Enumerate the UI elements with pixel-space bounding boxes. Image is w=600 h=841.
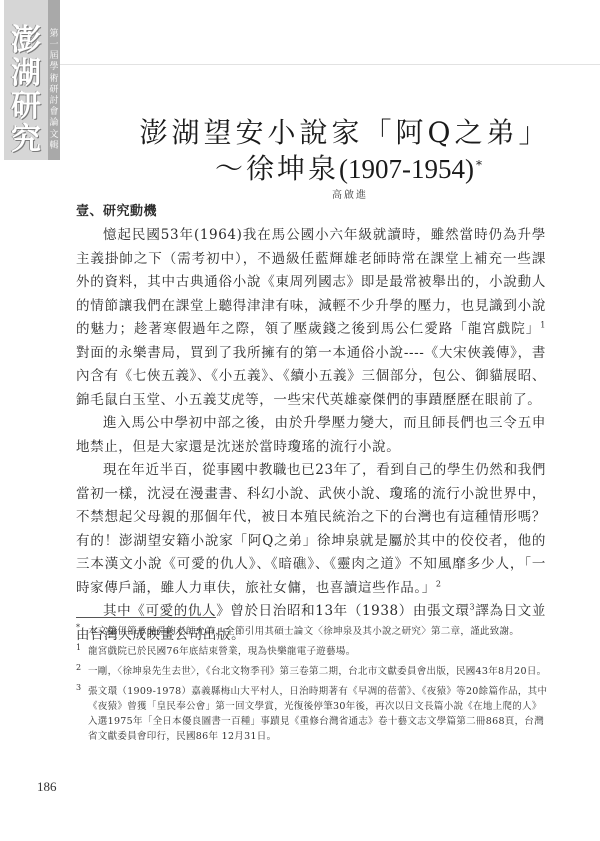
paragraph-text: 憶起民國53年(1964)我在馬公國小六年級就讀時，雖然當時仍為升學主義掛帥之下… [76, 227, 546, 337]
journal-subtitle-char: 學 [49, 62, 58, 73]
journal-title-char: 研 [11, 90, 41, 123]
journal-subtitle-char: 研 [49, 85, 58, 96]
paragraph: 現在年近半百，從事國中教職也已23年了，看到自己的學生仍然和我們當初一樣，沈浸在… [76, 459, 546, 600]
journal-title-char: 究 [11, 123, 41, 156]
article-body: 壹、研究動機 憶起民國53年(1964)我在馬公國小六年級就讀時，雖然當時仍為升… [76, 201, 546, 647]
article-title-years: (1907-1954) [339, 154, 474, 184]
journal-subtitle-char: 輯 [49, 141, 58, 152]
page-number: 186 [37, 779, 57, 795]
journal-subtitle-char: 會 [49, 107, 58, 118]
paragraph-text: 進入馬公中學初中部之後，由於升學壓力變大，而且師長們也三令五申地禁止，但是大家還… [76, 415, 546, 455]
journal-subtitle-vertical: 第 一 屆 學 術 研 討 會 論 文 輯 [48, 0, 60, 160]
footnote-ref[interactable]: 2 [436, 579, 442, 588]
journal-subtitle-char: 屆 [49, 51, 58, 62]
footnote-ref[interactable]: 1 [540, 321, 546, 330]
article-title-line2: ～徐坤泉(1907-1954)* [100, 152, 600, 186]
paragraph: 憶起民國53年(1964)我在馬公國小六年級就讀時，雖然當時仍為升學主義掛帥之下… [76, 224, 546, 412]
journal-subtitle-char: 術 [49, 74, 58, 85]
author-name: 高啟進 [100, 186, 600, 201]
section-heading: 壹、研究動機 [76, 201, 546, 223]
footnote-divider [76, 617, 216, 618]
footnote-text: 龍宮戲院已於民國76年底結束營業，現為快樂龍電子遊藝場。 [88, 646, 356, 657]
journal-title-char: 澎 [11, 24, 41, 57]
footnote-mark: 2 [76, 660, 81, 675]
journal-subtitle-char: 論 [49, 118, 58, 129]
header-divider [60, 64, 600, 65]
footnote-mark: 3 [76, 680, 81, 695]
title-footnote-mark: * [476, 158, 485, 172]
footnote-item: 1 龍宮戲院已於民國76年底結束營業，現為快樂龍電子遊藝場。 [76, 644, 548, 659]
footnote-text: 張文環（1909-1978）嘉義縣梅山大平村人，日治時期著有《早凋的蓓蕾》、《夜… [88, 686, 547, 742]
footnote-item: * 本文第伍節承吳舜鈞老師允許，全節引用其碩士論文〈徐坤泉及其小說之研究〉第二章… [76, 624, 548, 639]
footnote-mark: * [76, 620, 80, 635]
journal-title-vertical: 澎 湖 研 究 [4, 0, 48, 160]
footnote-item: 2 一剛，〈徐坤泉先生去世〉，《台北文物季刊》第三卷第二期，台北市文獻委員會出版… [76, 664, 548, 679]
footnote-text: 本文第伍節承吳舜鈞老師允許，全節引用其碩士論文〈徐坤泉及其小說之研究〉第二章，謹… [88, 626, 519, 637]
paragraph-text: 對面的永樂書局，買到了我所擁有的第一本通俗小說----《大宋俠義傳》，書內含有《… [76, 345, 546, 408]
paragraph-text: 現在年近半百，從事國中教職也已23年了，看到自己的學生仍然和我們當初一樣，沈浸在… [76, 462, 546, 596]
article-title-block: 澎湖望安小說家「阿Q之弟」 ～徐坤泉(1907-1954)* 高啟進 [60, 116, 600, 201]
journal-side-banner: 澎 湖 研 究 第 一 屆 學 術 研 討 會 論 文 輯 [4, 0, 60, 160]
journal-subtitle-char: 文 [49, 130, 58, 141]
footnote-mark: 1 [76, 640, 81, 655]
article-title-line1: 澎湖望安小說家「阿Q之弟」 [90, 116, 600, 150]
journal-subtitle-char: 一 [49, 40, 58, 51]
journal-subtitle-char: 討 [49, 96, 58, 107]
footnotes: * 本文第伍節承吳舜鈞老師允許，全節引用其碩士論文〈徐坤泉及其小說之研究〉第二章… [76, 624, 548, 749]
article-title-subject: ～徐坤泉 [215, 152, 339, 185]
footnote-text: 一剛，〈徐坤泉先生去世〉，《台北文物季刊》第三卷第二期，台北市文獻委員會出版，民… [88, 666, 546, 677]
footnote-item: 3 張文環（1909-1978）嘉義縣梅山大平村人，日治時期著有《早凋的蓓蕾》、… [76, 684, 548, 744]
journal-subtitle-char: 第 [49, 29, 58, 40]
paragraph: 進入馬公中學初中部之後，由於升學壓力變大，而且師長們也三令五申地禁止，但是大家還… [76, 412, 546, 459]
journal-title-char: 湖 [11, 57, 41, 90]
